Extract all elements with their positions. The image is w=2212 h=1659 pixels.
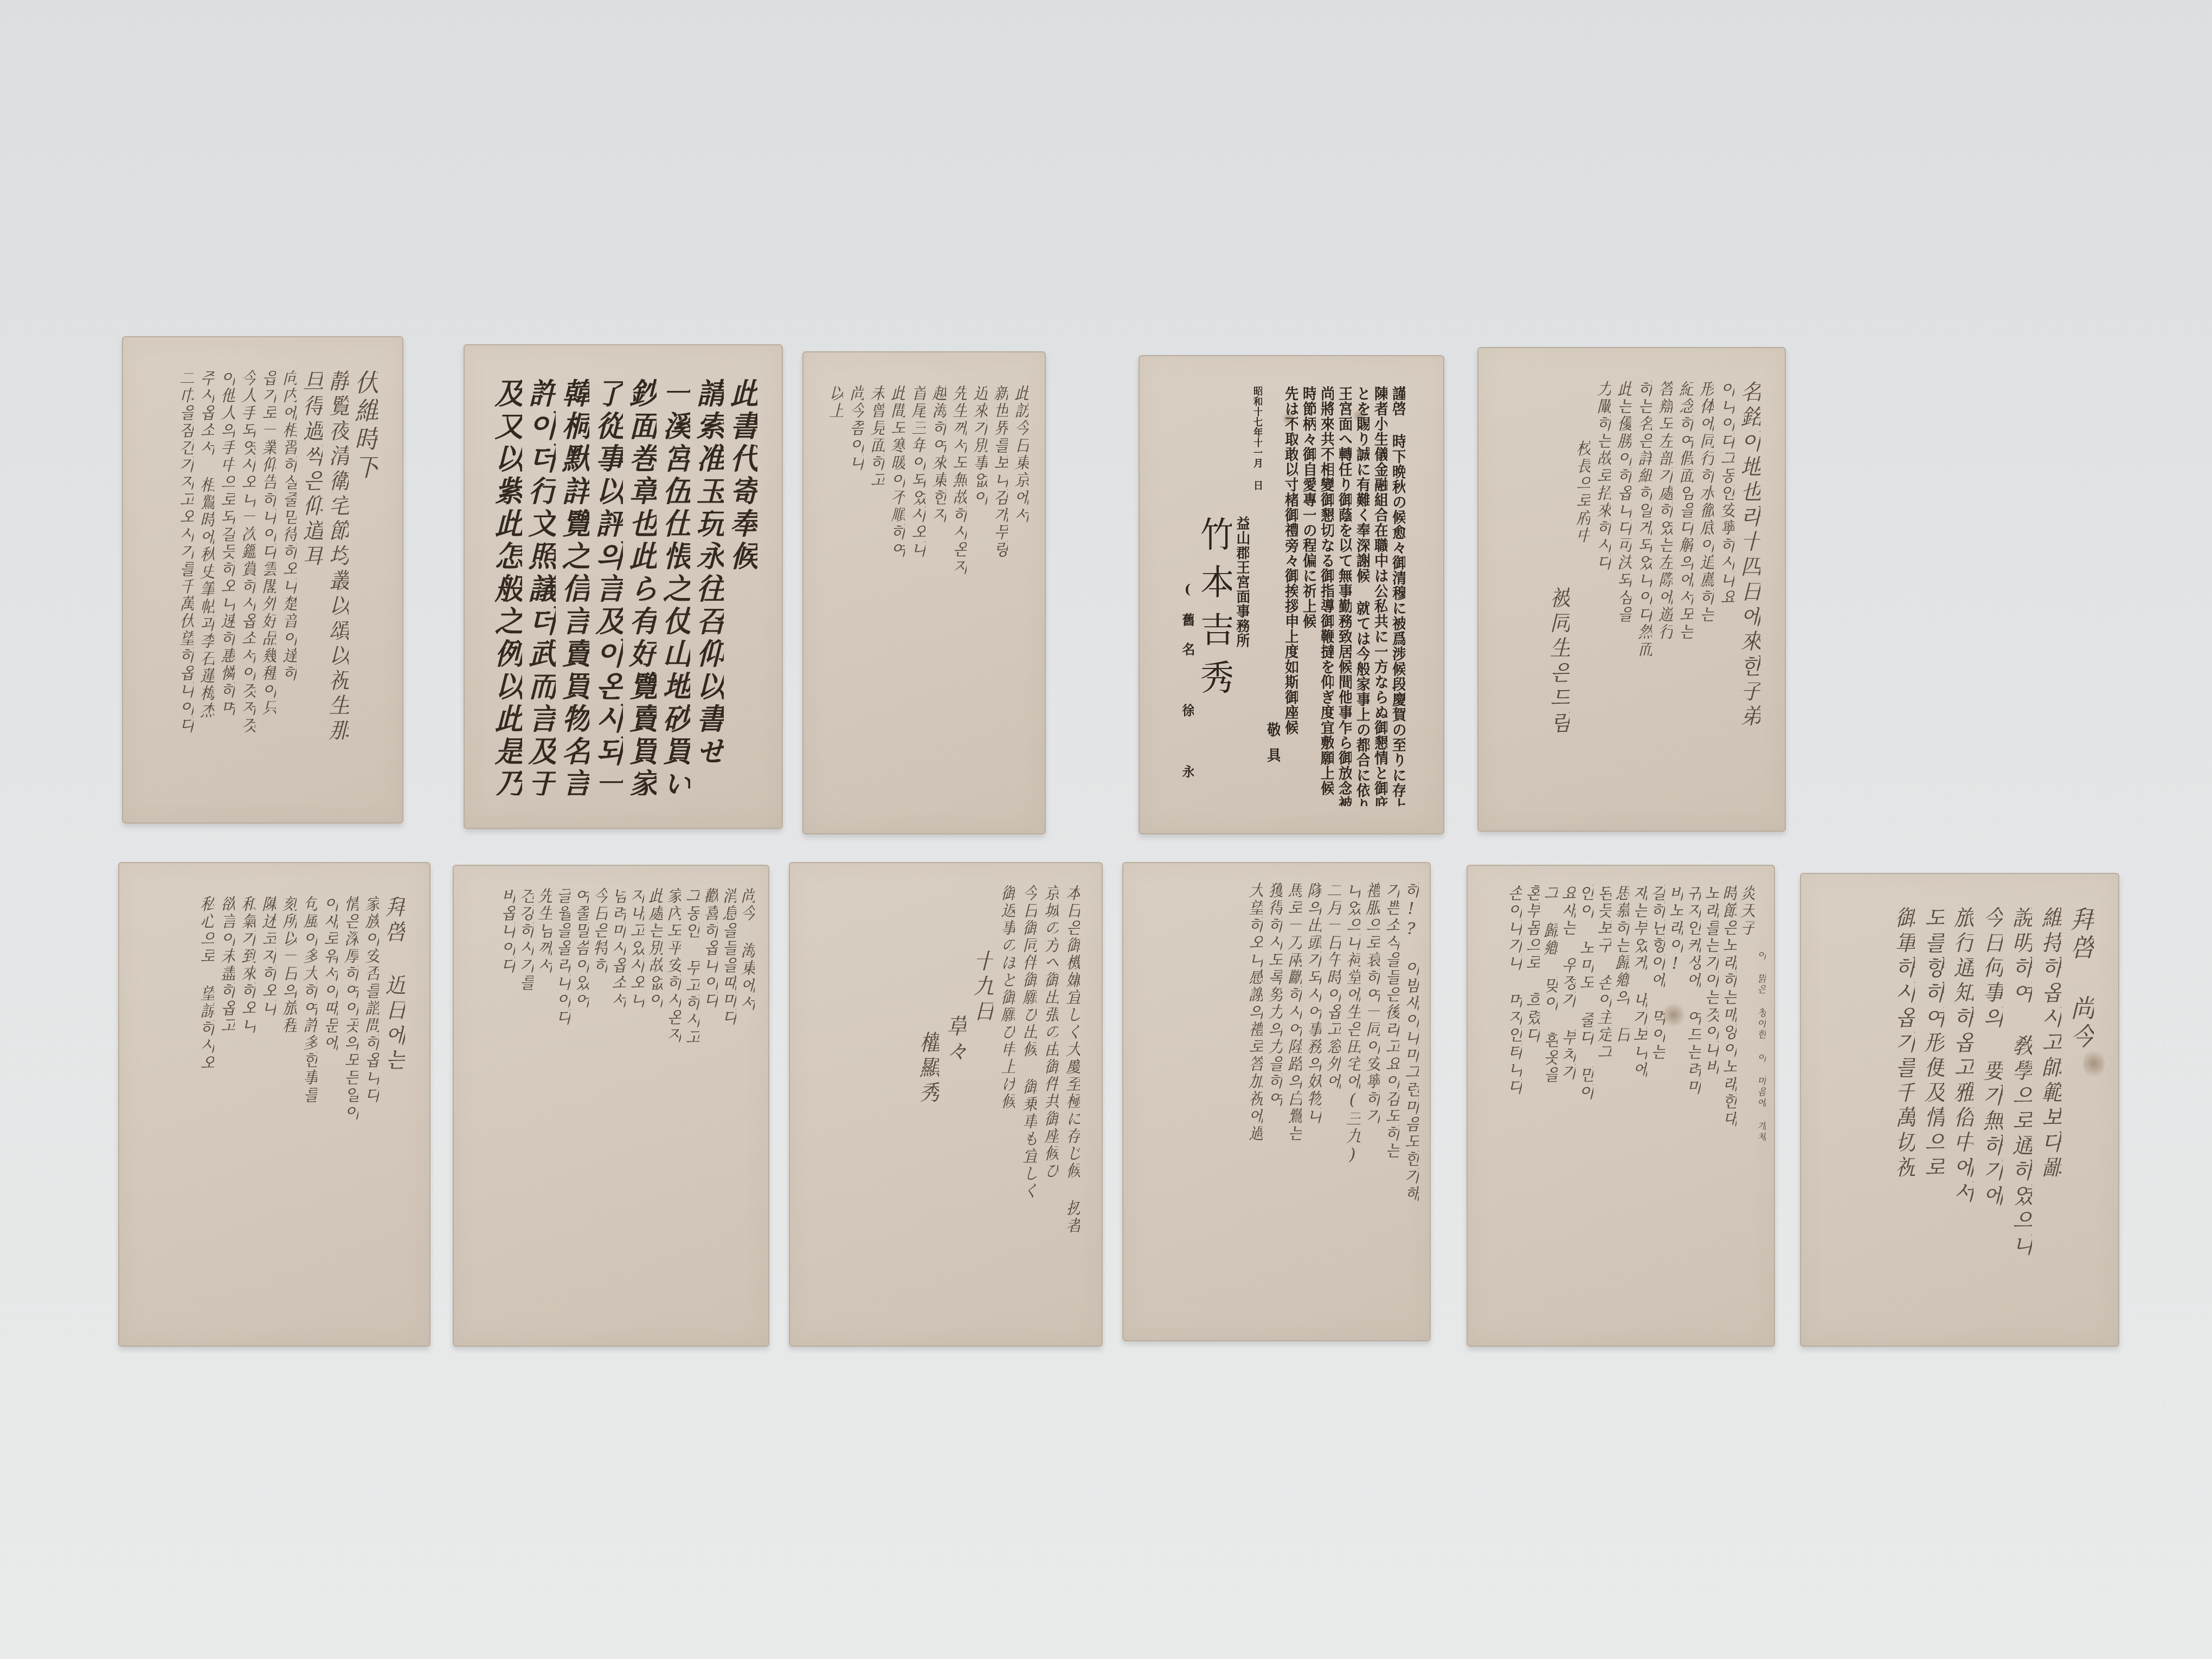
text-column: 維持하옵시고師範보다鄙 [2040,906,2061,1313]
postcard-3-text: 此訪今日東京에서 新世界를보니감개무량 近來가別事없이 先生께서도無故하시온지 … [820,385,1028,801]
text-column: 도를향하여形便及情으로 [1922,906,1944,1313]
postcard-1-text: 伏維時下 静覧夜清衛宅節均叢以頌以祝生那 旦得過씩은仰道耳 向内에相習하실줄믿待… [147,370,378,790]
sender-name: 竹本吉秀 [1197,516,1232,806]
text-column: 된듯보구 손이主定그 [1595,885,1611,1327]
text-column: 校長으로府中 [1574,440,1590,798]
printed-line: 王宮面へ轉任り御蔭を以て無事勤務致居候間他事乍ら御放念被下度 [1337,386,1352,806]
closing-text: 草々 [944,1015,966,1313]
text-column: 기쁜소식을들은後라고요이감도하는 [1383,882,1399,1321]
text-column: 形体에同行하水徹底이追薦하는 [1697,381,1714,798]
text-column: 此訪今日東京에서 [1012,385,1028,801]
text-column: 하!? 이밤새이나마그런마음도한가해 [1403,882,1419,1321]
postcard-6-text: 拜啓 近日에는 家族이安否를諮問하옵니다 情은深厚하여이곳의모든일이 이새로워서… [144,896,405,1313]
text-column: 건강하시기를 [517,888,533,1324]
text-column: 欲言이未盡하옵고 [218,896,235,1313]
text-column: 손이나가나 머지안타니다 [1506,885,1522,1327]
text-column: 家族이安否를諮問하옵니다 [363,896,379,1313]
printed-line: 謹啓 時下晩秋の候愈々御清穆に被爲渉候段慶賀の至りに存上候 [1391,386,1405,806]
postcard-6: 拜啓 近日에는 家族이安否를諮問하옵니다 情은深厚하여이곳의모든일이 이새로워서… [118,862,430,1347]
text-column: 此處는別故없이 [646,888,663,1324]
text-column: 新世界를보니감개무량 [992,385,1008,801]
text-column: 家內도平安하시온지 [665,888,681,1324]
text-column: 귀지안케생에 여드는려마 [1684,885,1701,1327]
text-column: 하는名은詳細히알게되었니이다然而 [1636,381,1652,798]
text-column: 글월을올리나이다 [554,888,570,1324]
text-column: 先生님께서 [536,888,552,1324]
postcard-5-text: 名銘이地也라十四日에來한子弟 이니이다그동안安寧하시나요 形体에同行하水徹底이追… [1503,381,1760,798]
text-column: 許이더行文照議더武而言及于際 [526,378,556,795]
text-column: 旅行通知하옵고雅俗中에서 [1952,906,1973,1313]
text-column: 혼부몸으로 흐렸다 [1523,885,1540,1327]
closing-text: 敬具 [1265,722,1280,806]
text-column: 요새는 우정가 부치가 [1559,885,1576,1327]
text-column: 韓桐默詳覽之信言賣買物名言者 [560,378,589,795]
text-column: 答辯도左部가處하였는左際에遊行 [1656,381,1673,798]
text-column: 비노래이! [1667,885,1683,1327]
postcard-10-text: 이 맑은 청아한 이 마음에 개체 炎天子 時節은노래하는매앙이노래한대 노래를… [1476,885,1766,1327]
text-column: 一溪宮伍仕悵之仗山地砂買い之 [661,378,690,795]
text-column: 隊의出頭가되시어事務의妖物나 [1305,882,1321,1321]
text-column: 니었으나祠堂에生은田宅에(三九) [1344,882,1360,1321]
text-column: 紀念하여假面임을다解의에서모는 [1677,381,1693,798]
text-column: 歡喜하옵나이다 [702,888,718,1324]
text-column: 今日御同伴御願ひ出候 御乗車も宜しく [1020,885,1037,1313]
postcard-4-printed: 謹啓 時下晩秋の候愈々御清穆に被爲渉候段慶賀の至りに存上候 陳者小生儀金融組合在… [1139,355,1444,834]
text-column: 여쭐말씀이있어 [573,888,589,1324]
text-column: 御返事のほど御願ひ申上げ候 [999,885,1015,1313]
text-column: 갈하난향아에 먹이는 [1649,885,1665,1327]
postcard-2: 此書代寄奉候 請索准玉玩永往召仰以書せ 一溪宮伍仕悵之仗山地砂買い之 鈔面巻章也… [464,344,783,829]
text-column: 今日은特히 [591,888,607,1324]
text-column: 以上 [827,385,843,801]
text-column: 私心으로 望諒하시오 [198,896,214,1313]
text-column: 馬로一刀兩斷하시어陸路의白鷺는 [1285,882,1302,1321]
text-column: 넘려마시옵소서 [609,888,626,1324]
text-column: 大望하오니感謝의禮로答加祝에過 [1246,882,1263,1321]
text-column: 請索准玉玩永往召仰以書せ [695,378,724,795]
postcard-7: 尚今 海東에서 消息을들을때마다 歡喜하옵나이다 그동안 무고하시고 家內도平安… [453,865,769,1347]
text-column: 旦得過씩은仰道耳 [301,370,323,790]
text-column: 本日은御機嫌宜しく大慶至極に存じ候 扨者 [1064,885,1080,1313]
text-column: 刻所以一日의旅程 [280,896,297,1313]
printed-line: 尚將來共不相變御懇切なる御指導御鞭撻を仰ぎ度宜敷願上候 [1319,386,1334,806]
text-column: 안이 노미도 줄다 만아 [1577,885,1593,1327]
text-column: 拜啓 尚今 [2069,906,2094,1313]
text-column: 了從事以評의言及이온시되一次僭調于 [594,378,623,795]
text-column: 首尾三年이되었사오나 [909,385,925,801]
printed-line: 陳者小生儀金融組合在職中は公私共に一方ならぬ御懇情と御庇護 [1373,386,1387,806]
signature: 權顯秀 [917,1031,939,1313]
text-column: 二月一日午時이옵고窓外에 [1324,882,1341,1321]
printed-line: とを賜り誠に有難く奉深謝候 就ては今般家事上の都合に依り益山郡 [1355,386,1369,806]
text-column: 炎天子 [1738,885,1754,1327]
text-column: 그 歸鄕 맞이 흰옷을 [1541,885,1558,1327]
postcard-9-text: 하!? 이밤새이나마그런마음도한가해 기쁜소식을들은後라고요이감도하는 禮服으로… [1137,882,1419,1321]
signature: 被同生은드림 [1548,587,1570,798]
text-column: 尚今쯤이나 [847,385,864,801]
text-column: 獲得하시도록努力의力을하여 [1266,882,1282,1321]
date-line: 昭和十七年十一月 日 [1252,386,1262,806]
postcard-4-text: 謹啓 時下晩秋の候愈々御清穆に被爲渉候段慶賀の至りに存上候 陳者小生儀金融組合在… [1161,386,1405,806]
text-column: 和氣가到來하오니 [239,896,255,1313]
text-column: 禮服으로衰하여一同이安寧하기 [1364,882,1380,1321]
text-column: 拜啓 近日에는 [383,896,405,1313]
text-column: 이他人의手中으로되갈듯하오니速하惠憐하며 [218,370,235,790]
office-name: 益山郡王宮面事務所 [1235,516,1249,806]
text-column: 静覧夜清衛宅節均叢以頌以祝生那 [327,370,349,790]
text-column: 此書代寄奉候 [728,378,757,795]
text-column: 近來가別事없이 [971,385,987,801]
postcard-8-text: 本日은御機嫌宜しく大慶至極に存じ候 扨者 京城の方へ御出張の由御件共御座候ひ 今… [855,885,1080,1313]
text-column: 說明하여 敎學으로通하였으니 [2010,906,2032,1313]
postcard-10: 이 맑은 청아한 이 마음에 개체 炎天子 時節은노래하는매앙이노래한대 노래를… [1467,865,1775,1347]
side-note: 이 맑은 청아한 이 마음에 개체 [1756,950,1766,1327]
text-column: 先生께서도無故하시온지 [950,385,967,801]
printed-line: 時節柄々御自愛專一の程偏に祈上候 [1301,386,1316,806]
text-column: 주시옵소서 相鷲時에秋史筆帖과李石蓮梅杰 [198,370,214,790]
text-column: 읍기로一業仰告하나이다雲閣外好品幾種이只 [260,370,276,790]
postcard-11: 拜啓 尚今 維持하옵시고師範보다鄙 說明하여 敎學으로通하였으니 今日何事의 要… [1800,873,2119,1347]
text-column: 御軍하시옵기를千萬切祝 [1893,906,1915,1313]
text-column: 노래를는가야는것이나비 [1702,885,1719,1327]
text-column: 越海하여來東한지 [930,385,946,801]
text-column: 陳述코자하오나 [260,896,276,1313]
text-column: 消息을들을때마다 [720,888,736,1324]
text-column: 力闡하는故로招來하시다 [1594,381,1611,798]
printed-line: 先は不取敢以寸楮御禮旁々御挨拶申上度如斯御座候 [1283,386,1298,806]
text-column: 京城の方へ御出張の由御件共御座候ひ [1042,885,1058,1313]
text-column: 今日何事의 要가無하기에 [1981,906,2003,1313]
text-column: 未曾見面하고 [868,385,884,801]
text-column: 二巾을잠간가지고오시기를千萬伏望하옵나이다 [177,370,194,790]
postcard-8: 本日은御機嫌宜しく大慶至極に存じ候 扨者 京城の方へ御出張の由御件共御座候ひ 今… [789,862,1103,1347]
text-column: 名銘이地也라十四日에來한子弟 [1739,381,1760,798]
postcard-1: 伏維時下 静覧夜清衛宅節均叢以頌以祝生那 旦得過씩은仰道耳 向内에相習하실줄믿待… [122,336,403,824]
postcard-5: 名銘이地也라十四日에來한子弟 이니이다그동안安寧하시나요 形体에同行하水徹底이追… [1477,347,1786,832]
postcard-7-text: 尚今 海東에서 消息을들을때마다 歡喜하옵나이다 그동안 무고하시고 家內도平安… [467,888,755,1324]
text-column: 尚今 海東에서 [738,888,755,1324]
text-column: 지내고있사오니 [628,888,644,1324]
text-column: 그동안 무고하시고 [683,888,699,1324]
text-column: 及又以紫此怎般之例以此是乃上 [493,378,522,795]
text-column: 재는부었게 내가보니에 [1631,885,1647,1327]
text-column: 今人手되엿사오니一次鑑賞하시옵소서이것저것 [239,370,255,790]
text-column: 비옵나이다 [499,888,515,1324]
text-column: 鈔面巻章也此ら有好覽賣買家 [627,378,657,795]
former-name: (舊名 徐 永 模) [1181,581,1194,806]
date-text: 十九日 [972,950,993,1313]
postcard-3: 此訪今日東京에서 新世界를보니감개무량 近來가別事없이 先生께서도無故하시온지 … [802,351,1046,834]
text-column: 이새로워서이때문에 [321,896,338,1313]
postcard-2-text: 此書代寄奉候 請索准玉玩永往召仰以書せ 一溪宮伍仕悵之仗山地砂買い之 鈔面巻章也… [489,378,757,795]
text-column: 情은深厚하여이곳의모든일이 [342,896,358,1313]
text-column: 向内에相習하실줄믿待하오나楚音이達하 [280,370,297,790]
text-column: 句風이多大하여許多한事를 [301,896,317,1313]
text-column: 伏維時下 [353,370,378,790]
text-column: 時節은노래하는매앙이노래한대 [1720,885,1737,1327]
postcard-11-text: 拜啓 尚今 維持하옵시고師範보다鄙 說明하여 敎學으로通하였으니 今日何事의 要… [1825,906,2094,1313]
postcard-9: 하!? 이밤새이나마그런마음도한가해 기쁜소식을들은後라고요이감도하는 禮服으로… [1122,862,1431,1341]
text-column: 此間도寒暖이不順하여 [889,385,905,801]
text-column: 思慕하는歸鄕의 日 [1613,885,1629,1327]
text-column: 이니이다그동안安寧하시나요 [1718,381,1734,798]
text-column: 此는優勝이하옵니다可決되심을 [1615,381,1631,798]
